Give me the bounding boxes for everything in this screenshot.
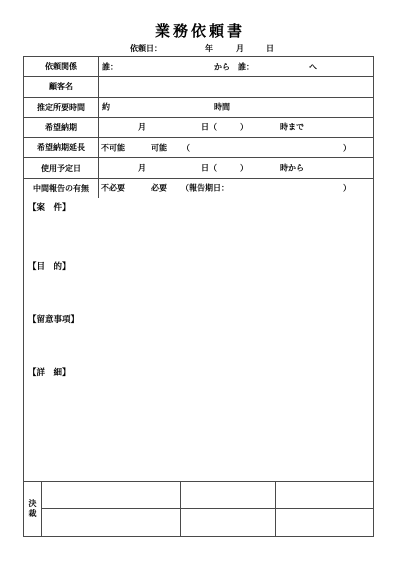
approval-cell[interactable] [181,482,276,509]
row-field-request-relation[interactable]: 誰： から 誰： へ [99,57,373,76]
freeform-area[interactable]: 【案 件】 【目 的】 【留意事項】 【詳 細】 [24,198,373,481]
row-field-estimated-time[interactable]: 約 時間 [99,98,373,117]
row-field-desired-deadline[interactable]: 月 日（ ） 時まで [99,118,373,137]
row-label-desired-deadline: 希望納期 [24,118,99,137]
row-label-interim-report: 中間報告の有無 [24,179,99,198]
field-segment: 月 [138,122,146,133]
approval-label: 決裁 [24,482,42,536]
field-segment: 約 [102,102,110,113]
request-date-label: 依頼日： [130,43,162,54]
field-segment: （ [182,142,190,153]
form-body: 依頼関係 誰： から 誰： へ 顧客名 推定所要時間 約 時間 希望納期 [23,56,374,537]
field-segment: 日（ [201,163,217,174]
field-segment: 時から [280,163,304,174]
row-field-deadline-extension[interactable]: 不可能 可能 （ ） [99,138,373,157]
business-request-form: 業務依頼書 依頼日： 年 月 日 依頼関係 誰： から 誰： へ 顧客名 推定所… [0,0,400,565]
row-label-planned-use-date: 使用予定日 [24,158,99,177]
table-row: 中間報告の有無 不必要 必要 （報告期日： ） [24,179,373,198]
field-segment: 時まで [280,122,304,133]
field-segment: 不可能 [101,142,125,153]
approval-table: 決裁 [24,481,373,536]
field-segment: （報告期日： [181,183,229,194]
field-segment: ） [240,163,248,174]
field-segment: 月 [138,163,146,174]
table-row: 使用予定日 月 日（ ） 時から [24,158,373,178]
field-segment: 可能 [151,142,167,153]
row-label-estimated-time: 推定所要時間 [24,98,99,117]
field-segment: 時間 [214,102,230,113]
year-label: 年 [205,43,213,54]
section-label-purpose: 【目 的】 [28,260,71,272]
table-row: 希望納期延長 不可能 可能 （ ） [24,138,373,158]
field-segment: 必要 [151,183,167,194]
approval-cell[interactable] [181,509,276,536]
request-date-line: 依頼日： 年 月 日 [0,43,400,54]
field-segment: 不必要 [101,183,125,194]
section-label-details: 【詳 細】 [28,366,71,378]
field-segment: ） [343,142,351,153]
field-segment: ） [240,122,248,133]
table-row: 顧客名 [24,77,373,97]
approval-cell[interactable] [42,482,181,509]
field-segment: ） [343,183,351,194]
row-label-request-relation: 依頼関係 [24,57,99,76]
form-title: 業務依頼書 [0,20,400,41]
row-field-planned-use-date[interactable]: 月 日（ ） 時から [99,158,373,177]
approval-grid [42,482,373,536]
field-segment: から 誰： [214,61,254,72]
row-label-deadline-extension: 希望納期延長 [24,138,99,157]
approval-cell[interactable] [276,509,373,536]
table-row: 希望納期 月 日（ ） 時まで [24,118,373,138]
section-label-case: 【案 件】 [28,201,71,213]
section-label-notes: 【留意事項】 [28,313,79,325]
table-row: 推定所要時間 約 時間 [24,98,373,118]
month-label: 月 [236,43,244,54]
approval-cell[interactable] [42,509,181,536]
field-segment: 日（ [201,122,217,133]
table-row: 依頼関係 誰： から 誰： へ [24,57,373,77]
request-info-table: 依頼関係 誰： から 誰： へ 顧客名 推定所要時間 約 時間 希望納期 [24,57,373,198]
row-field-interim-report[interactable]: 不必要 必要 （報告期日： ） [99,179,373,198]
field-segment: へ [309,61,317,72]
row-label-customer-name: 顧客名 [24,77,99,96]
field-segment: 誰： [102,61,118,72]
day-label: 日 [266,43,274,54]
row-field-customer-name[interactable] [99,77,373,96]
approval-cell[interactable] [276,482,373,509]
